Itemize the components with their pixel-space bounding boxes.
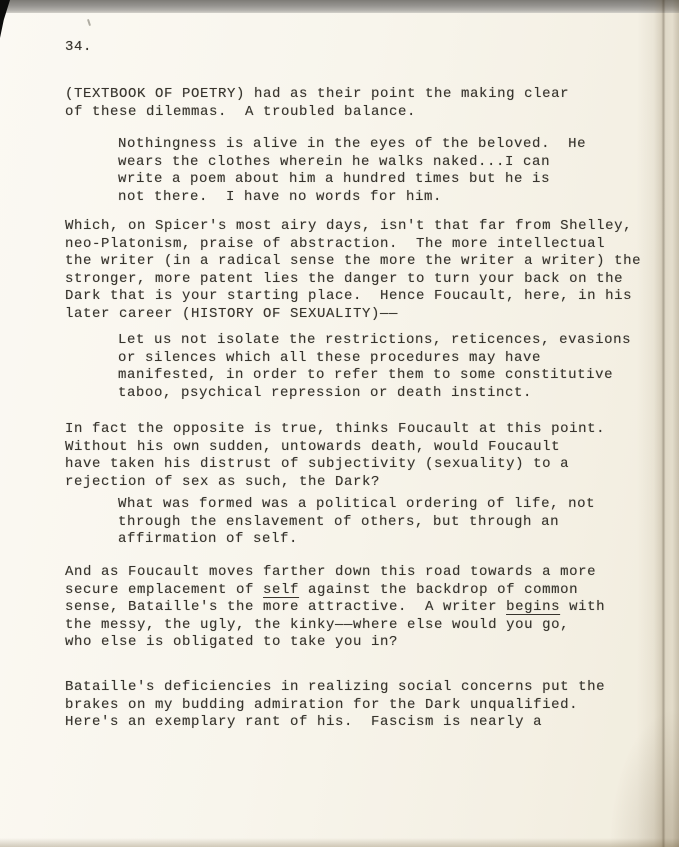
paragraph-5: Bataille's deficiencies in realizing soc… bbox=[65, 679, 605, 732]
text-line: Dark that is your starting place. Hence … bbox=[65, 288, 641, 306]
text-segment: secure emplacement of bbox=[65, 582, 263, 598]
text-line: or silences which all these procedures m… bbox=[118, 350, 631, 368]
blockquote-foucault-2: What was formed was a political ordering… bbox=[118, 496, 595, 549]
text-line: taboo, psychical repression or death ins… bbox=[118, 385, 631, 403]
paragraph-4: And as Foucault moves farther down this … bbox=[65, 564, 605, 652]
text-line: rejection of sex as such, the Dark? bbox=[65, 474, 605, 492]
text-line: And as Foucault moves farther down this … bbox=[65, 564, 605, 582]
text-line: (TEXTBOOK OF POETRY) had as their point … bbox=[65, 86, 569, 104]
text-line: Here's an exemplary rant of his. Fascism… bbox=[65, 714, 605, 732]
text-line: later career (HISTORY OF SEXUALITY)—— bbox=[65, 306, 641, 324]
text-line: In fact the opposite is true, thinks Fou… bbox=[65, 421, 605, 439]
text-line: not there. I have no words for him. bbox=[118, 189, 586, 207]
scanned-document-page: 34. (TEXTBOOK OF POETRY) had as their po… bbox=[0, 0, 679, 847]
scan-speck bbox=[87, 19, 91, 26]
paragraph-3: In fact the opposite is true, thinks Fou… bbox=[65, 421, 605, 491]
text-line: write a poem about him a hundred times b… bbox=[118, 171, 586, 189]
text-line: the writer (in a radical sense the more … bbox=[65, 253, 641, 271]
blockquote-spicer: Nothingness is alive in the eyes of the … bbox=[118, 136, 586, 206]
bottom-right-corner-shadow bbox=[609, 707, 679, 847]
text-line: brakes on my budding admiration for the … bbox=[65, 697, 605, 715]
text-line: the messy, the ugly, the kinky——where el… bbox=[65, 617, 605, 635]
text-line: who else is obligated to take you in? bbox=[65, 634, 605, 652]
text-line: wears the clothes wherein he walks naked… bbox=[118, 154, 586, 172]
text-line: secure emplacement of self against the b… bbox=[65, 582, 605, 600]
bottom-scan-shadow bbox=[0, 838, 679, 847]
text-line: What was formed was a political ordering… bbox=[118, 496, 595, 514]
text-line: stronger, more patent lies the danger to… bbox=[65, 271, 641, 289]
text-line: neo-Platonism, praise of abstraction. Th… bbox=[65, 236, 641, 254]
text-line: Bataille's deficiencies in realizing soc… bbox=[65, 679, 605, 697]
text-line: of these dilemmas. A troubled balance. bbox=[65, 104, 569, 122]
text-line: Let us not isolate the restrictions, ret… bbox=[118, 332, 631, 350]
page-number: 34. bbox=[65, 39, 92, 57]
text-line: manifested, in order to refer them to so… bbox=[118, 367, 631, 385]
underlined-word: self bbox=[263, 582, 299, 598]
text-line: have taken his distrust of subjectivity … bbox=[65, 456, 605, 474]
underlined-word: begins bbox=[506, 599, 560, 615]
paragraph-1: (TEXTBOOK OF POETRY) had as their point … bbox=[65, 86, 569, 121]
text-line: through the enslavement of others, but t… bbox=[118, 514, 595, 532]
text-segment: with bbox=[560, 599, 605, 615]
text-line: Without his own sudden, untowards death,… bbox=[65, 439, 605, 457]
blockquote-foucault: Let us not isolate the restrictions, ret… bbox=[118, 332, 631, 402]
text-line: affirmation of self. bbox=[118, 531, 595, 549]
text-segment: against the backdrop of common bbox=[299, 582, 578, 598]
text-line: Nothingness is alive in the eyes of the … bbox=[118, 136, 586, 154]
scan-top-band bbox=[0, 0, 679, 13]
text-line: sense, Bataille's the more attractive. A… bbox=[65, 599, 605, 617]
paragraph-2: Which, on Spicer's most airy days, isn't… bbox=[65, 218, 641, 324]
text-line: Which, on Spicer's most airy days, isn't… bbox=[65, 218, 641, 236]
text-segment: sense, Bataille's the more attractive. A… bbox=[65, 599, 506, 615]
